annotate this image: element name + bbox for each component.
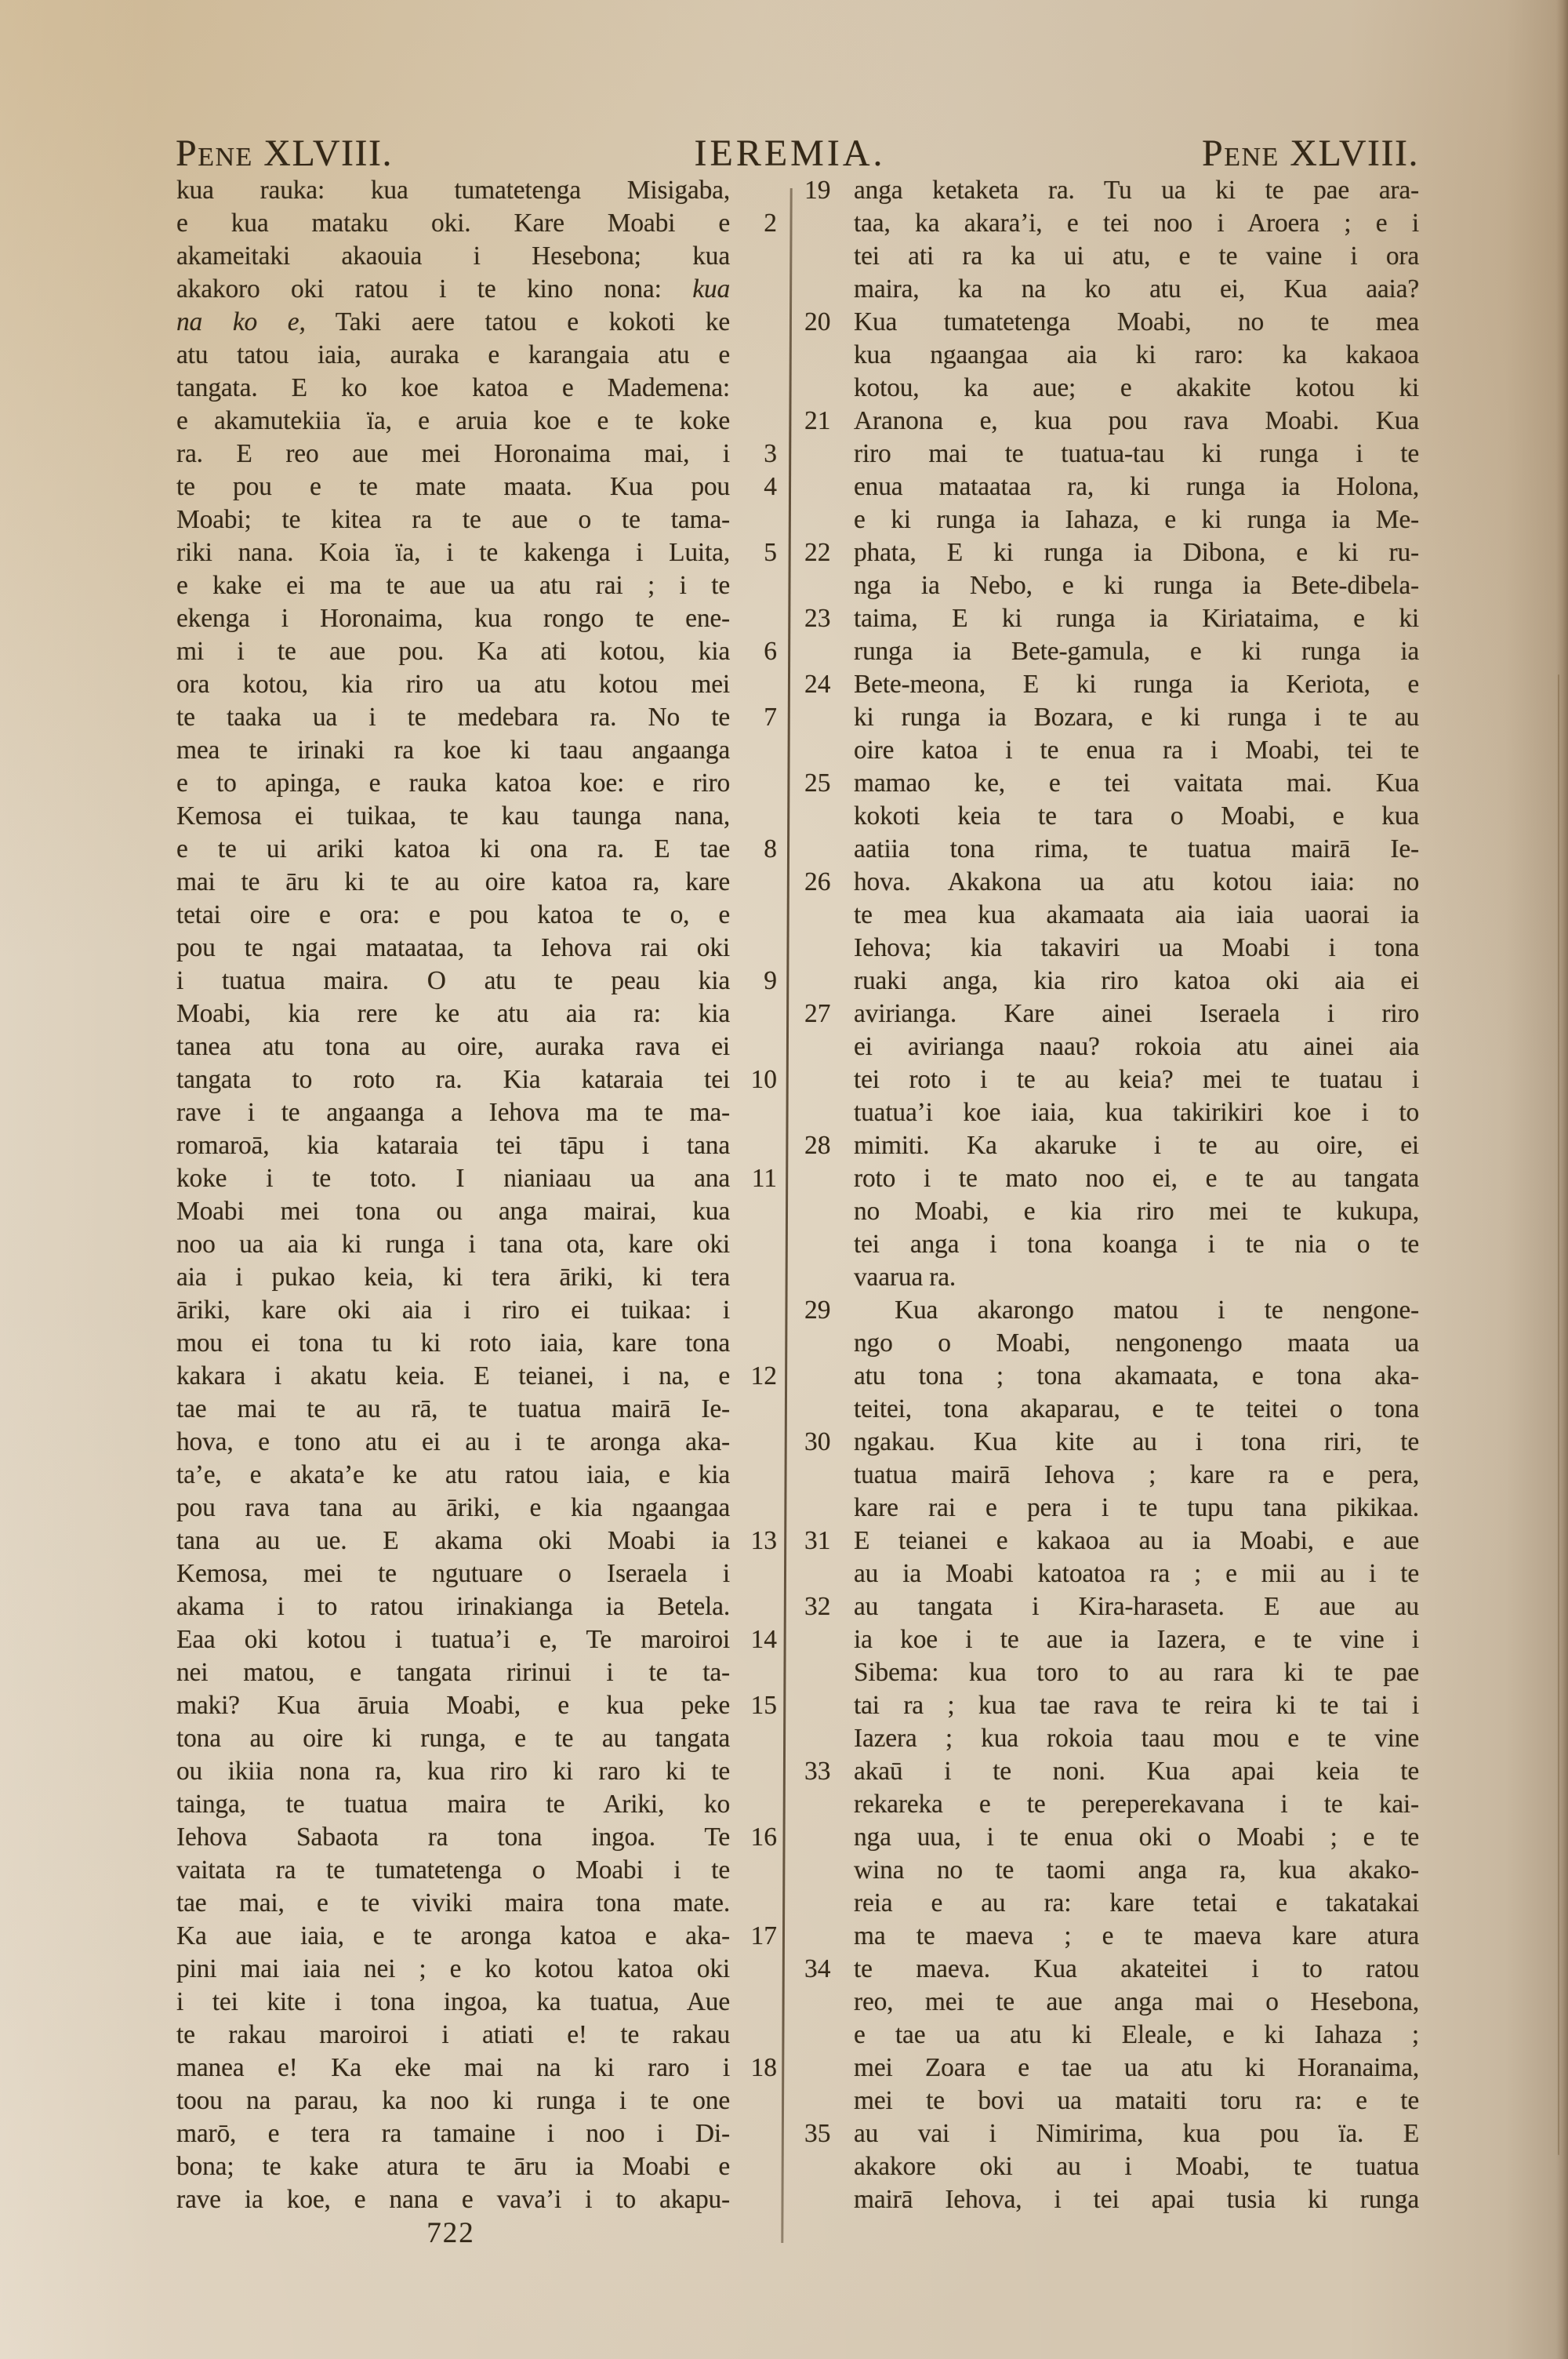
verse-text: nga uua, i te enua oki o Moabi ; e te	[854, 1821, 1419, 1854]
text-line: ngo o Moabi, nengonengo maata ua	[804, 1327, 1419, 1360]
text-line: tuatua’i koe iaia, kua takirikiri koe i …	[804, 1096, 1419, 1129]
text-line: e akamutekiia ïa, e aruia koe e te koke	[176, 405, 777, 438]
text-line: 35au vai i Nimirima, kua pou ïa. E	[804, 2117, 1419, 2150]
verse-text: ia koe i te aue ia Iazera, e te vine i	[854, 1623, 1419, 1656]
verse-number: 26	[804, 866, 854, 899]
text-line: mei Zoara e tae ua atu ki Horanaima,	[804, 2052, 1419, 2085]
text-line: 22phata, E ki runga ia Dibona, e ki ru-	[804, 536, 1419, 569]
verse-text: kua rauka: kua tumatetenga Misigaba,	[176, 174, 730, 207]
text-line: Iehova; kia takaviri ua Moabi i tona	[804, 932, 1419, 965]
verse-text: E teianei e kakaoa au ia Moabi, e aue	[854, 1525, 1419, 1558]
text-line: reia e au ra: kare tetai e takatakai	[804, 1887, 1419, 1920]
verse-text: teitei, tona akaparau, e te teitei o ton…	[854, 1393, 1419, 1426]
text-line: tai ra ; kua tae rava te reira ki te tai…	[804, 1689, 1419, 1722]
text-line: na ko e, Taki aere tatou e kokoti ke	[176, 306, 777, 339]
text-line: 26hova. Akakona ua atu kotou iaia: no	[804, 866, 1419, 899]
text-line: tae mai te au rā, te tuatua mairā Ie-	[176, 1393, 777, 1426]
verse-text: tainga, te tuatua maira te Ariki, ko	[176, 1788, 730, 1821]
text-line: 23taima, E ki runga ia Kiriataima, e ki	[804, 602, 1419, 635]
text-line: akama i to ratou irinakianga ia Betela.	[176, 1590, 777, 1623]
verse-number: 16	[730, 1821, 777, 1854]
text-line: āriki, kare oki aia i riro ei tuikaa: i	[176, 1294, 777, 1327]
verse-text: Kua tumatetenga Moabi, no te mea	[854, 306, 1419, 339]
text-line: aatiia tona rima, te tuatua mairā Ie-	[804, 833, 1419, 866]
text-line: tangata. E ko koe katoa e Mademena:	[176, 372, 777, 405]
verse-text: oire katoa i te enua ra i Moabi, tei te	[854, 734, 1419, 767]
verse-text: Aranona e, kua pou rava Moabi. Kua	[854, 405, 1419, 438]
verse-number: 27	[804, 998, 854, 1030]
text-line: maira, ka na ko atu ei, Kua aaia?	[804, 273, 1419, 306]
verse-text: mairā Iehova, i tei apai tusia ki runga	[854, 2183, 1419, 2216]
verse-number: 28	[804, 1129, 854, 1162]
text-line: ou ikiia nona ra, kua riro ki raro ki te	[176, 1755, 777, 1788]
verse-text: maki? Kua āruia Moabi, e kua peke	[176, 1689, 730, 1722]
verse-text: wina no te taomi anga ra, kua akako-	[854, 1854, 1419, 1887]
text-line: akakore oki au i Moabi, te tuatua	[804, 2150, 1419, 2183]
text-line: 28mimiti. Ka akaruke i te au oire, ei	[804, 1129, 1419, 1162]
verse-text: Moabi mei tona ou anga mairai, kua	[176, 1195, 730, 1228]
text-line: 19anga ketaketa ra. Tu ua ki te pae ara-	[804, 174, 1419, 207]
text-line: Moabi; te kitea ra te aue o te tama-	[176, 503, 777, 536]
text-line: ruaki anga, kia riro katoa oki aia ei	[804, 965, 1419, 998]
verse-text: ou ikiia nona ra, kua riro ki raro ki te	[176, 1755, 730, 1788]
verse-text: tei ati ra ka ui atu, e te vaine i ora	[854, 240, 1419, 273]
verse-text: hova. Akakona ua atu kotou iaia: no	[854, 866, 1419, 899]
text-line: mou ei tona tu ki roto iaia, kare tona	[176, 1327, 777, 1360]
verse-text: aatiia tona rima, te tuatua mairā Ie-	[854, 833, 1419, 866]
text-line: oire katoa i te enua ra i Moabi, tei te	[804, 734, 1419, 767]
verse-text: mou ei tona tu ki roto iaia, kare tona	[176, 1327, 730, 1360]
verse-text: te maeva. Kua akateitei i to ratou	[854, 1953, 1419, 1986]
verse-number: 19	[804, 174, 854, 207]
verse-text: tetai oire e ora: e pou katoa te o, e	[176, 899, 730, 932]
verse-text: te rakau maroiroi i atiati e! te rakau	[176, 2019, 730, 2052]
text-line: te pou e te mate maata. Kua pou4	[176, 471, 777, 503]
verse-text: toou na parau, ka noo ki runga i te one	[176, 2085, 730, 2117]
text-line: e kake ei ma te aue ua atu rai ; i te	[176, 569, 777, 602]
verse-text: Iazera ; kua rokoia taau mou e te vine	[854, 1722, 1419, 1755]
verse-text: ra. E reo aue mei Horonaima mai, i	[176, 438, 730, 471]
verse-text: ngakau. Kua kite au i tona riri, te	[854, 1426, 1419, 1459]
verse-number: 5	[730, 536, 777, 569]
text-line: akakoro oki ratou i te kino nona: kua	[176, 273, 777, 306]
verse-text: e tae ua atu ki Eleale, e ki Iahaza ;	[854, 2019, 1419, 2052]
verse-text: ei avirianga naau? rokoia atu ainei aia	[854, 1030, 1419, 1063]
verse-text: akakoro oki ratou i te kino nona: kua	[176, 273, 730, 306]
verse-number: 20	[804, 306, 854, 339]
verse-number: 11	[730, 1162, 777, 1195]
verse-text: tuatua’i koe iaia, kua takirikiri koe i …	[854, 1096, 1419, 1129]
verse-text: rekareka e te pereperekavana i te kai-	[854, 1788, 1419, 1821]
text-line: aia i pukao keia, ki tera āriki, ki tera	[176, 1261, 777, 1294]
verse-text: ta’e, e akata’e ke atu ratou iaia, e kia	[176, 1459, 730, 1492]
text-line: ki runga ia Bozara, e ki runga i te au	[804, 701, 1419, 734]
verse-text: runga ia Bete-gamula, e ki runga ia	[854, 635, 1419, 668]
text-line: wina no te taomi anga ra, kua akako-	[804, 1854, 1419, 1887]
verse-number: 24	[804, 668, 854, 701]
text-line: 20Kua tumatetenga Moabi, no te mea	[804, 306, 1419, 339]
text-line: 25mamao ke, e tei vaitata mai. Kua	[804, 767, 1419, 800]
verse-text: e ki runga ia Iahaza, e ki runga ia Me-	[854, 503, 1419, 536]
verse-text: nga ia Nebo, e ki runga ia Bete-dibela-	[854, 569, 1419, 602]
verse-text: tuatua mairā Iehova ; kare ra e pera,	[854, 1459, 1419, 1492]
verse-text: na ko e, Taki aere tatou e kokoti ke	[176, 306, 730, 339]
verse-number: 17	[730, 1920, 777, 1953]
verse-number: 15	[730, 1689, 777, 1722]
verse-text: atu tatou iaia, auraka e karangaia atu e	[176, 339, 730, 372]
verse-number: 29	[804, 1294, 854, 1327]
text-line: kare rai e pera i te tupu tana pikikaa.	[804, 1492, 1419, 1525]
verse-text: mamao ke, e tei vaitata mai. Kua	[854, 767, 1419, 800]
text-line: tana au ue. E akama oki Moabi ia13	[176, 1525, 777, 1558]
text-line: pini mai iaia nei ; e ko kotou katoa oki	[176, 1953, 777, 1986]
text-line: e kua mataku oki. Kare Moabi e2	[176, 207, 777, 240]
text-line: marō, e tera ra tamaine i noo i Di-	[176, 2117, 777, 2150]
text-line: ma te maeva ; e te maeva kare atura	[804, 1920, 1419, 1953]
verse-text: ekenga i Horonaima, kua rongo te ene-	[176, 602, 730, 635]
verse-text: phata, E ki runga ia Dibona, e ki ru-	[854, 536, 1419, 569]
verse-number: 13	[730, 1525, 777, 1558]
text-line: 30ngakau. Kua kite au i tona riri, te	[804, 1426, 1419, 1459]
text-line: te rakau maroiroi i atiati e! te rakau	[176, 2019, 777, 2052]
text-line: Ka aue iaia, e te aronga katoa e aka-17	[176, 1920, 777, 1953]
text-line: 34te maeva. Kua akateitei i to ratou	[804, 1953, 1419, 1986]
verse-text: reo, mei te aue anga mai o Hesebona,	[854, 1986, 1419, 2019]
verse-text: tanea atu tona au oire, auraka rava ei	[176, 1030, 730, 1063]
verse-text: Moabi; te kitea ra te aue o te tama-	[176, 503, 730, 536]
text-line: ia koe i te aue ia Iazera, e te vine i	[804, 1623, 1419, 1656]
text-line: Moabi mei tona ou anga mairai, kua	[176, 1195, 777, 1228]
text-line: rave i te angaanga a Iehova ma te ma-	[176, 1096, 777, 1129]
verse-text: akama i to ratou irinakianga ia Betela.	[176, 1590, 730, 1623]
verse-text: i tuatua maira. O atu te peau kia	[176, 965, 730, 998]
verse-number: 25	[804, 767, 854, 800]
verse-text: ora kotou, kia riro ua atu kotou mei	[176, 668, 730, 701]
text-line: i tei kite i tona ingoa, ka tuatua, Aue	[176, 1986, 777, 2019]
verse-number: 23	[804, 602, 854, 635]
text-line: mea te irinaki ra koe ki taau angaanga	[176, 734, 777, 767]
verse-text: avirianga. Kare ainei Iseraela i riro	[854, 998, 1419, 1030]
text-line: nga uua, i te enua oki o Moabi ; e te	[804, 1821, 1419, 1854]
text-line: e to apinga, e rauka katoa koe: e riro	[176, 767, 777, 800]
verse-number: 21	[804, 405, 854, 438]
text-line: reo, mei te aue anga mai o Hesebona,	[804, 1986, 1419, 2019]
text-line: tetai oire e ora: e pou katoa te o, e	[176, 899, 777, 932]
page-number: 722	[337, 2216, 564, 2250]
verse-text: i tei kite i tona ingoa, ka tuatua, Aue	[176, 1986, 730, 2019]
verse-text: roto i te mato noo ei, e te au tangata	[854, 1162, 1419, 1195]
verse-text: te taaka ua i te medebara ra. No te	[176, 701, 730, 734]
text-line: tangata to roto ra. Kia kataraia tei10	[176, 1063, 777, 1096]
text-line: koke i te toto. I nianiaau ua ana11	[176, 1162, 777, 1195]
verse-number: 14	[730, 1623, 777, 1656]
text-line: e tae ua atu ki Eleale, e ki Iahaza ;	[804, 2019, 1419, 2052]
text-line: tona au oire ki runga, e te au tangata	[176, 1722, 777, 1755]
verse-text: kua ngaangaa aia ki raro: ka kakaoa	[854, 339, 1419, 372]
verse-number: 4	[730, 471, 777, 503]
verse-text: akakore oki au i Moabi, te tuatua	[854, 2150, 1419, 2183]
text-line: teitei, tona akaparau, e te teitei o ton…	[804, 1393, 1419, 1426]
verse-text: Moabi, kia rere ke atu aia ra: kia	[176, 998, 730, 1030]
text-line: manea e! Ka eke mai na ki raro i18	[176, 2052, 777, 2085]
verse-text: reia e au ra: kare tetai e takatakai	[854, 1887, 1419, 1920]
scanned-book-page: Pene XLVIII. IEREMIA. Pene XLVIII. kua r…	[0, 0, 1568, 2359]
verse-number: 3	[730, 438, 777, 471]
verse-text: vaarua ra.	[854, 1261, 1419, 1294]
verse-text: romaroā, kia kataraia tei tāpu i tana	[176, 1129, 730, 1162]
text-line: tainga, te tuatua maira te Ariki, ko	[176, 1788, 777, 1821]
text-line: kua ngaangaa aia ki raro: ka kakaoa	[804, 339, 1419, 372]
verse-text: akaū i te noni. Kua apai keia te	[854, 1755, 1419, 1788]
verse-text: ki runga ia Bozara, e ki runga i te au	[854, 701, 1419, 734]
verse-text: āriki, kare oki aia i riro ei tuikaa: i	[176, 1294, 730, 1327]
verse-text: Kua akarongo matou i te nengone-	[854, 1294, 1419, 1327]
verse-text: te pou e te mate maata. Kua pou	[176, 471, 730, 503]
verse-text: marō, e tera ra tamaine i noo i Di-	[176, 2117, 730, 2150]
text-line: tei ati ra ka ui atu, e te vaine i ora	[804, 240, 1419, 273]
verse-text: vaitata ra te tumatetenga o Moabi i te	[176, 1854, 730, 1887]
text-line: atu tatou iaia, auraka e karangaia atu e	[176, 339, 777, 372]
verse-number: 22	[804, 536, 854, 569]
text-line: rekareka e te pereperekavana i te kai-	[804, 1788, 1419, 1821]
right-text-column: 19anga ketaketa ra. Tu ua ki te pae ara-…	[804, 174, 1419, 2216]
verse-number: 34	[804, 1953, 854, 1986]
verse-text: Bete-meona, E ki runga ia Keriota, e	[854, 668, 1419, 701]
verse-text: kakara i akatu keia. E teianei, i na, e	[176, 1360, 730, 1393]
text-line: kua rauka: kua tumatetenga Misigaba,	[176, 174, 777, 207]
text-line: mairā Iehova, i tei apai tusia ki runga	[804, 2183, 1419, 2216]
text-line: runga ia Bete-gamula, e ki runga ia	[804, 635, 1419, 668]
text-line: 32au tangata i Kira-haraseta. E aue au	[804, 1590, 1419, 1623]
verse-text: mei te bovi ua mataiti toru ra: e te	[854, 2085, 1419, 2117]
verse-text: taa, ka akara’i, e tei noo i Aroera ; e …	[854, 207, 1419, 240]
verse-number: 8	[730, 833, 777, 866]
text-line: akameitaki akaouia i Hesebona; kua	[176, 240, 777, 273]
verse-text: riro mai te tuatua-tau ki runga i te	[854, 438, 1419, 471]
verse-text: te mea kua akamaata aia iaia uaorai ia	[854, 899, 1419, 932]
text-line: Iazera ; kua rokoia taau mou e te vine	[804, 1722, 1419, 1755]
verse-text: noo ua aia ki runga i tana ota, kare oki	[176, 1228, 730, 1261]
text-line: hova, e tono atu ei au i te aronga aka-	[176, 1426, 777, 1459]
verse-text: Iehova Sabaota ra tona ingoa. Te	[176, 1821, 730, 1854]
text-line: e ki runga ia Iahaza, e ki runga ia Me-	[804, 503, 1419, 536]
text-line: pou rava tana au āriki, e kia ngaangaa	[176, 1492, 777, 1525]
verse-text: tae mai te au rā, te tuatua mairā Ie-	[176, 1393, 730, 1426]
verse-text: ruaki anga, kia riro katoa oki aia ei	[854, 965, 1419, 998]
text-line: kakara i akatu keia. E teianei, i na, e1…	[176, 1360, 777, 1393]
verse-text: pou rava tana au āriki, e kia ngaangaa	[176, 1492, 730, 1525]
text-line: toou na parau, ka noo ki runga i te one	[176, 2085, 777, 2117]
column-divider	[781, 188, 792, 2243]
text-line: 27avirianga. Kare ainei Iseraela i riro	[804, 998, 1419, 1030]
verse-text: ngo o Moabi, nengonengo maata ua	[854, 1327, 1419, 1360]
verse-text: rave ia koe, e nana e vava’i i to akapu-	[176, 2183, 730, 2216]
text-line: tuatua mairā Iehova ; kare ra e pera,	[804, 1459, 1419, 1492]
text-line: enua mataataa ra, ki runga ia Holona,	[804, 471, 1419, 503]
text-line: riro mai te tuatua-tau ki runga i te	[804, 438, 1419, 471]
verse-number: 6	[730, 635, 777, 668]
text-line: Sibema: kua toro to au rara ki te pae	[804, 1656, 1419, 1689]
verse-text: kokoti keia te tara o Moabi, e kua	[854, 800, 1419, 833]
verse-text: Sibema: kua toro to au rara ki te pae	[854, 1656, 1419, 1689]
verse-text: maira, ka na ko atu ei, Kua aaia?	[854, 273, 1419, 306]
verse-text: tae mai, e te viviki maira tona mate.	[176, 1887, 730, 1920]
verse-text: aia i pukao keia, ki tera āriki, ki tera	[176, 1261, 730, 1294]
verse-text: rave i te angaanga a Iehova ma te ma-	[176, 1096, 730, 1129]
text-line: mai te āru ki te au oire katoa ra, kare	[176, 866, 777, 899]
verse-number: 7	[730, 701, 777, 734]
text-line: pou te ngai mataataa, ta Iehova rai oki	[176, 932, 777, 965]
text-line: ekenga i Horonaima, kua rongo te ene-	[176, 602, 777, 635]
text-line: tanea atu tona au oire, auraka rava ei	[176, 1030, 777, 1063]
text-line: ora kotou, kia riro ua atu kotou mei	[176, 668, 777, 701]
text-line: tei anga i tona koanga i te nia o te	[804, 1228, 1419, 1261]
verse-text: mai te āru ki te au oire katoa ra, kare	[176, 866, 730, 899]
verse-text: au ia Moabi katoatoa ra ; e mii au i te	[854, 1558, 1419, 1590]
text-line: Kemosa ei tuikaa, te kau taunga nana,	[176, 800, 777, 833]
text-line: e te ui ariki katoa ki ona ra. E tae8	[176, 833, 777, 866]
verse-text: Kemosa ei tuikaa, te kau taunga nana,	[176, 800, 730, 833]
verse-text: taima, E ki runga ia Kiriataima, e ki	[854, 602, 1419, 635]
text-line: Iehova Sabaota ra tona ingoa. Te16	[176, 1821, 777, 1854]
text-line: kokoti keia te tara o Moabi, e kua	[804, 800, 1419, 833]
verse-text: manea e! Ka eke mai na ki raro i	[176, 2052, 730, 2085]
text-line: ta’e, e akata’e ke atu ratou iaia, e kia	[176, 1459, 777, 1492]
verse-text: mi i te aue pou. Ka ati kotou, kia	[176, 635, 730, 668]
verse-text: pou te ngai mataataa, ta Iehova rai oki	[176, 932, 730, 965]
verse-text: kare rai e pera i te tupu tana pikikaa.	[854, 1492, 1419, 1525]
verse-text: atu tona ; tona akamaata, e tona aka-	[854, 1360, 1419, 1393]
verse-text: hova, e tono atu ei au i te aronga aka-	[176, 1426, 730, 1459]
verse-number: 31	[804, 1525, 854, 1558]
text-line: tei roto i te au keia? mei te tuatau i	[804, 1063, 1419, 1096]
verse-text: mea te irinaki ra koe ki taau angaanga	[176, 734, 730, 767]
text-line: vaitata ra te tumatetenga o Moabi i te	[176, 1854, 777, 1887]
verse-text: e akamutekiia ïa, e aruia koe e te koke	[176, 405, 730, 438]
verse-number: 35	[804, 2117, 854, 2150]
text-line: ra. E reo aue mei Horonaima mai, i3	[176, 438, 777, 471]
verse-number: 2	[730, 207, 777, 240]
chapter-word: Pene	[1202, 133, 1279, 174]
text-line: nga ia Nebo, e ki runga ia Bete-dibela-	[804, 569, 1419, 602]
verse-text: tona au oire ki runga, e te au tangata	[176, 1722, 730, 1755]
text-line: taa, ka akara’i, e tei noo i Aroera ; e …	[804, 207, 1419, 240]
text-line: te mea kua akamaata aia iaia uaorai ia	[804, 899, 1419, 932]
text-line: no Moabi, e kia riro mei te kukupa,	[804, 1195, 1419, 1228]
verse-text: e kake ei ma te aue ua atu rai ; i te	[176, 569, 730, 602]
left-text-column: kua rauka: kua tumatetenga Misigaba,e ku…	[176, 174, 777, 2216]
verse-text: ma te maeva ; e te maeva kare atura	[854, 1920, 1419, 1953]
verse-text: bona; te kake atura te āru ia Moabi e	[176, 2150, 730, 2183]
verse-text: tei anga i tona koanga i te nia o te	[854, 1228, 1419, 1261]
text-line: 21Aranona e, kua pou rava Moabi. Kua	[804, 405, 1419, 438]
text-line: mei te bovi ua mataiti toru ra: e te	[804, 2085, 1419, 2117]
verse-text: tai ra ; kua tae rava te reira ki te tai…	[854, 1689, 1419, 1722]
text-line: noo ua aia ki runga i tana ota, kare oki	[176, 1228, 777, 1261]
text-line: kotou, ka aue; e akakite kotou ki	[804, 372, 1419, 405]
verse-text: enua mataataa ra, ki runga ia Holona,	[854, 471, 1419, 503]
verse-number: 9	[730, 965, 777, 998]
verse-text: tei roto i te au keia? mei te tuatau i	[854, 1063, 1419, 1096]
text-line: Kemosa, mei te ngutuare o Iseraela i	[176, 1558, 777, 1590]
text-line: riki nana. Koia ïa, i te kakenga i Luita…	[176, 536, 777, 569]
text-line: roto i te mato noo ei, e te au tangata	[804, 1162, 1419, 1195]
verse-text: tangata to roto ra. Kia kataraia tei	[176, 1063, 730, 1096]
text-line: Eaa oki kotou i tuatua’i e, Te maroiroi1…	[176, 1623, 777, 1656]
verse-number: 32	[804, 1590, 854, 1623]
text-line: 31E teianei e kakaoa au ia Moabi, e aue	[804, 1525, 1419, 1558]
verse-text: no Moabi, e kia riro mei te kukupa,	[854, 1195, 1419, 1228]
text-line: vaarua ra.	[804, 1261, 1419, 1294]
chapter-numeral: XLVIII.	[1290, 133, 1419, 174]
text-line: bona; te kake atura te āru ia Moabi e	[176, 2150, 777, 2183]
verse-text: Iehova; kia takaviri ua Moabi i tona	[854, 932, 1419, 965]
text-line: romaroā, kia kataraia tei tāpu i tana	[176, 1129, 777, 1162]
verse-text: anga ketaketa ra. Tu ua ki te pae ara-	[854, 174, 1419, 207]
verse-text: koke i te toto. I nianiaau ua ana	[176, 1162, 730, 1195]
verse-text: Eaa oki kotou i tuatua’i e, Te maroiroi	[176, 1623, 730, 1656]
verse-text: tangata. E ko koe katoa e Mademena:	[176, 372, 730, 405]
verse-text: mei Zoara e tae ua atu ki Horanaima,	[854, 2052, 1419, 2085]
text-line: 24Bete-meona, E ki runga ia Keriota, e	[804, 668, 1419, 701]
verse-number: 12	[730, 1360, 777, 1393]
verse-number: 10	[730, 1063, 777, 1096]
verse-text: e to apinga, e rauka katoa koe: e riro	[176, 767, 730, 800]
text-line: mi i te aue pou. Ka ati kotou, kia6	[176, 635, 777, 668]
text-line: maki? Kua āruia Moabi, e kua peke15	[176, 1689, 777, 1722]
page-header: Pene XLVIII. IEREMIA. Pene XLVIII.	[0, 132, 1568, 179]
verse-text: e kua mataku oki. Kare Moabi e	[176, 207, 730, 240]
verse-number: 18	[730, 2052, 777, 2085]
text-line: nei matou, e tangata ririnui i te ta-	[176, 1656, 777, 1689]
text-line: au ia Moabi katoatoa ra ; e mii au i te	[804, 1558, 1419, 1590]
text-line: tae mai, e te viviki maira tona mate.	[176, 1887, 777, 1920]
text-line: te taaka ua i te medebara ra. No te7	[176, 701, 777, 734]
verse-number: 30	[804, 1426, 854, 1459]
chapter-heading-right: Pene XLVIII.	[1202, 132, 1419, 176]
verse-text: au vai i Nimirima, kua pou ïa. E	[854, 2117, 1419, 2150]
verse-text: Kemosa, mei te ngutuare o Iseraela i	[176, 1558, 730, 1590]
text-line: rave ia koe, e nana e vava’i i to akapu-	[176, 2183, 777, 2216]
verse-text: akameitaki akaouia i Hesebona; kua	[176, 240, 730, 273]
verse-text: kotou, ka aue; e akakite kotou ki	[854, 372, 1419, 405]
verse-text: e te ui ariki katoa ki ona ra. E tae	[176, 833, 730, 866]
text-line: i tuatua maira. O atu te peau kia9	[176, 965, 777, 998]
verse-text: Ka aue iaia, e te aronga katoa e aka-	[176, 1920, 730, 1953]
text-line: Moabi, kia rere ke atu aia ra: kia	[176, 998, 777, 1030]
verse-text: au tangata i Kira-haraseta. E aue au	[854, 1590, 1419, 1623]
text-line: 29Kua akarongo matou i te nengone-	[804, 1294, 1419, 1327]
text-line: atu tona ; tona akamaata, e tona aka-	[804, 1360, 1419, 1393]
verse-number: 33	[804, 1755, 854, 1788]
verse-text: tana au ue. E akama oki Moabi ia	[176, 1525, 730, 1558]
text-line: ei avirianga naau? rokoia atu ainei aia	[804, 1030, 1419, 1063]
page-edge-line	[1558, 674, 1559, 2155]
verse-text: mimiti. Ka akaruke i te au oire, ei	[854, 1129, 1419, 1162]
verse-text: nei matou, e tangata ririnui i te ta-	[176, 1656, 730, 1689]
verse-text: pini mai iaia nei ; e ko kotou katoa oki	[176, 1953, 730, 1986]
text-line: 33akaū i te noni. Kua apai keia te	[804, 1755, 1419, 1788]
verse-text: riki nana. Koia ïa, i te kakenga i Luita…	[176, 536, 730, 569]
